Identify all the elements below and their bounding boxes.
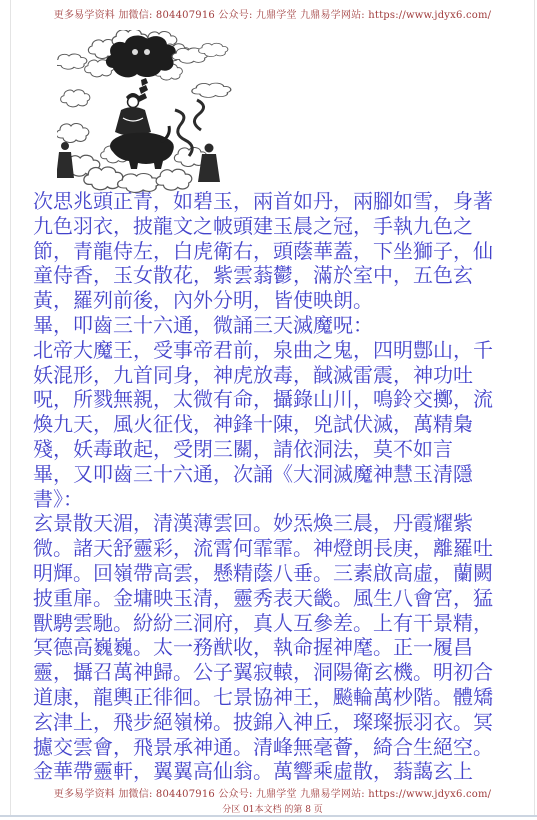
page-bottom-edge <box>0 815 537 817</box>
text-line: 冥德高巍巍。太一務猷收，執命握神麾。正一履昌 <box>33 635 517 660</box>
attendant-right <box>198 144 220 183</box>
text-line: 道康，龍輿正徘徊。七景協神王，飈輪萬杪階。體矯 <box>33 685 517 710</box>
footer-promo-text: 更多易学资料 加微信: 804407916 公众号: 九鼎学堂 九鼎易学网站: … <box>11 785 534 800</box>
text-line: 玄景散天湄，清漢薄雲回。妙炁煥三晨，丹霞耀紫 <box>33 511 517 536</box>
footer-page-number: 分区 01本文档 的第 8 页 <box>11 802 534 815</box>
header-promo-text: 更多易学资料 加微信: 804407916 公众号: 九鼎学堂 九鼎易学网站: … <box>11 6 534 21</box>
text-line: 披重扉。金墉映玉清，靈秀表天畿。風生八會宮，猛 <box>33 586 517 611</box>
text-line: 次思兆頭正青，如碧玉，兩首如丹，兩腳如雪，身著 <box>33 189 517 214</box>
text-line: 靈，攝召萬神歸。公子翼寂轅，洞陽衛玄機。明初合 <box>33 660 517 685</box>
text-line: 畢，又叩齒三十六通，次誦《大洞滅魔神慧玉清隱 <box>33 462 517 487</box>
page-border-left <box>10 0 11 816</box>
scripture-body-text: 次思兆頭正青，如碧玉，兩首如丹，兩腳如雪，身著九色羽衣，披龍文之帔頭建玉晨之冠，… <box>33 189 517 784</box>
text-line: 九色羽衣，披龍文之帔頭建玉晨之冠，手執九色之 <box>33 214 517 239</box>
attendant-left <box>57 142 74 178</box>
text-line: 玄津上，飛步絕嶺梯。披錦入神丘，璨璨振羽衣。冥 <box>33 710 517 735</box>
text-line: 北帝大魔王，受事帝君前，泉曲之鬼，四明鄷山，千 <box>33 338 517 363</box>
text-line: 黃，羅列前後，內外分明，皆使映朗。 <box>33 288 517 313</box>
text-line: 畢，叩齒三十六通，微誦三天滅魔呪： <box>33 313 517 338</box>
cloud-swirls <box>175 100 204 156</box>
deity-woodcut-illustration <box>57 30 235 196</box>
text-line: 金華帶靈軒，翼翼高仙翁。萬響乘虛散，蓊藹玄上 <box>33 759 517 784</box>
text-line: 殘，妖毒敢起，受閉三關，請依洞法，莫不如言 <box>33 437 517 462</box>
text-line: 書》： <box>33 487 517 512</box>
deity-figure <box>115 93 151 136</box>
text-line: 妖混形，九首同身，神虎放毒，馘滅雷震，神功吐 <box>33 363 517 388</box>
text-line: 童侍香，玉女散花，紫雲蓊鬱，滿於室中，五色玄 <box>33 263 517 288</box>
text-line: 呪，所戮無親，太微有命，攝錄山川，鳴鈴交擲，流 <box>33 387 517 412</box>
text-line: 獸騁雲馳。紛紛三洞府，真人互參差。上有干景精， <box>33 611 517 636</box>
text-line: 攄交雲會，飛景承神通。清峰無毫薈，綺合生絕空。 <box>33 735 517 760</box>
canopy-eye-left <box>132 49 138 55</box>
canopy-eye-right <box>144 49 150 55</box>
text-line: 明輝。回嶺帶高雲，懸精蔭八垂。三素啟高虛，蘭闕 <box>33 561 517 586</box>
page-border-right <box>534 0 535 816</box>
text-line: 煥九天，風火征伐，神鋒十陳，兇試伏滅，萬精梟 <box>33 412 517 437</box>
text-line: 微。諸天舒靈彩，流霄何霏霏。神燈朗長庚，離羅吐 <box>33 536 517 561</box>
document-page: 更多易学资料 加微信: 804407916 公众号: 九鼎学堂 九鼎易学网站: … <box>0 0 537 820</box>
text-line: 節，青龍侍左，白虎衛右，頭蔭華蓋，下坐獅子，仙 <box>33 239 517 264</box>
